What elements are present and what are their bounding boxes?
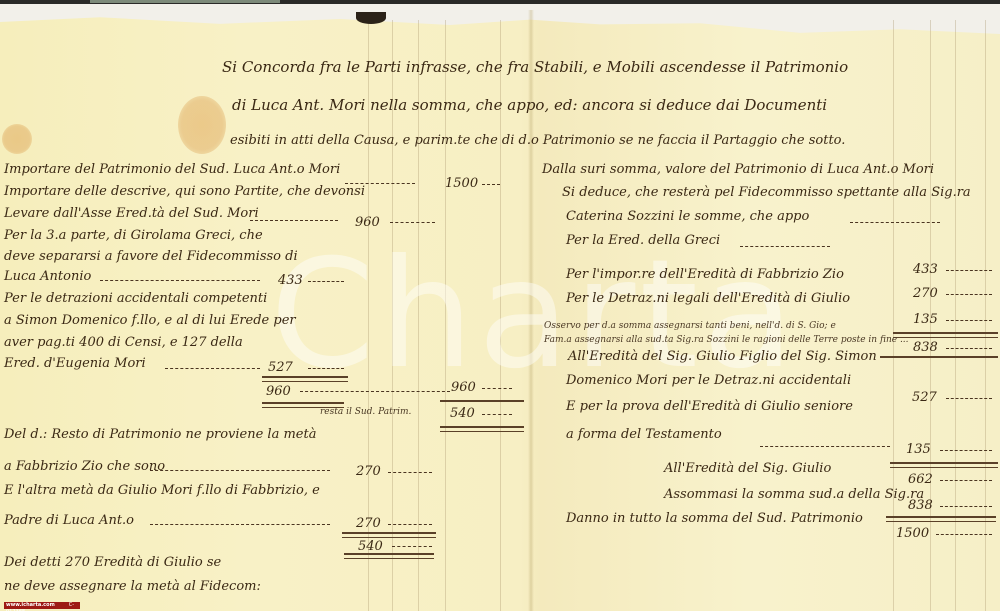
right-summary-amount-1: 662 <box>908 472 933 487</box>
right-entry2-2: Domenico Mori per le Detraz.ni accidenta… <box>566 374 851 387</box>
left-amount-1: 1500 <box>445 176 478 191</box>
left-amount-6: 433 <box>278 273 303 288</box>
right-entry2-amount-2: 527 <box>912 390 937 405</box>
right-summary-amount-2: 838 <box>908 498 933 513</box>
dash-leader <box>850 222 940 223</box>
dash-leader <box>390 222 435 223</box>
dash-leader <box>150 524 330 525</box>
ink-blot <box>356 12 386 24</box>
left-s3-line-1: Dei detti 270 Eredità di Giulio se <box>4 556 221 569</box>
left-s2-line-4: Padre di Luca Ant.o <box>4 514 134 527</box>
ruling-line <box>893 20 894 611</box>
dash-leader <box>946 320 992 321</box>
left-s2-line-2: a Fabbrizio Zio che sono <box>4 460 165 473</box>
right-annotation-1: Osservo per d.a somma assegnarsi tanti b… <box>544 322 836 331</box>
badge-site: www.ichartа.com <box>6 602 55 608</box>
right-intro-1: Dalla suri somma, valore del Patrimonio … <box>542 163 934 176</box>
water-stain <box>178 96 226 154</box>
sum-rule <box>440 426 524 432</box>
left-entry-3: Levare dall'Asse Ered.tà del Sud. Mori <box>4 207 259 220</box>
right-amount-3: 135 <box>913 312 938 327</box>
dash-leader <box>165 368 260 369</box>
remainder-label: resta il Sud. Patrim. <box>320 408 411 417</box>
source-badge: www.ichartа.comC-017388 <box>4 602 80 609</box>
left-s2-amount-2: 270 <box>356 464 381 479</box>
heading-line-1: Si Concorda fra le Parti infrasse, che f… <box>222 60 848 75</box>
right-entry-2: Per l'impor.re dell'Eredità di Fabbrizio… <box>566 268 844 281</box>
left-entry-7: Per le detrazioni accidentali competenti <box>4 292 267 305</box>
left-entry-10: Ered. d'Eugenia Mori <box>4 357 146 370</box>
right-amount-1: 433 <box>913 262 938 277</box>
dash-leader <box>100 280 260 281</box>
right-entry2-4: a forma del Testamento <box>566 428 722 441</box>
dash-leader <box>946 398 992 399</box>
dash-leader <box>308 368 344 369</box>
water-stain <box>2 124 32 154</box>
dash-leader <box>300 391 450 392</box>
left-entry-4: Per la 3.a parte, di Girolama Greci, che <box>4 229 263 242</box>
sum-rule <box>890 462 998 468</box>
dash-leader <box>946 270 992 271</box>
left-amount-3: 960 <box>355 215 380 230</box>
heading-line-2: di Luca Ant. Mori nella somma, che appo,… <box>232 98 827 113</box>
right-entry2-amount-4: 135 <box>906 442 931 457</box>
left-s2-line-3: E l'altra metà da Giulio Mori f.llo di F… <box>4 484 320 497</box>
right-entry-1: Per la Ered. della Greci <box>566 234 720 247</box>
dash-leader <box>392 546 432 547</box>
left-entry-6: Luca Antonio <box>4 270 91 283</box>
left-remainder: 540 <box>450 406 475 421</box>
dash-leader <box>940 506 992 507</box>
left-s3-line-2: ne deve assegnare la metà al Fidecom: <box>4 580 261 593</box>
left-entry-2: Importare delle descrive, qui sono Parti… <box>4 185 365 198</box>
left-subtotal: 960 <box>266 384 291 399</box>
sum-rule <box>880 356 998 358</box>
dash-leader <box>940 480 992 481</box>
dash-leader <box>250 220 338 221</box>
ruling-line <box>955 20 956 611</box>
left-s2-amount-4: 270 <box>356 516 381 531</box>
dash-leader <box>482 184 500 185</box>
left-amount-10: 527 <box>268 360 293 375</box>
right-summary-amount-3: 1500 <box>896 526 929 541</box>
right-summary-3: Danno in tutto la somma del Sud. Patrimo… <box>566 512 863 525</box>
sum-rule <box>344 553 434 559</box>
right-entry2-3: E per la prova dell'Eredità di Giulio se… <box>566 400 853 413</box>
sum-rule <box>342 532 436 538</box>
scan-top-edge-gap <box>90 0 280 3</box>
sum-rule <box>886 516 996 522</box>
left-entry-1: Importare del Patrimonio del Sud. Luca A… <box>4 163 340 176</box>
left-entry-5: deve separarsi a favore del Fidecommisso… <box>4 250 298 263</box>
dash-leader <box>308 281 344 282</box>
dash-leader <box>388 472 432 473</box>
right-amount-2: 270 <box>913 286 938 301</box>
watermark: Charta <box>270 240 798 390</box>
dash-leader <box>482 388 512 389</box>
sum-rule <box>262 376 348 382</box>
sum-rule <box>440 400 524 402</box>
ruling-line <box>985 20 986 611</box>
dash-leader <box>760 446 890 447</box>
left-entry-8: a Simon Domenico f.llo, e al di lui Ered… <box>4 314 296 327</box>
left-entry-9: aver pag.ti 400 di Censi, e 127 della <box>4 336 243 349</box>
left-carry-total: 960 <box>451 380 476 395</box>
right-intro-2: Si deduce, che resterà pel Fidecommisso … <box>562 186 971 199</box>
right-summary-1: All'Eredità del Sig. Giulio <box>664 462 831 475</box>
left-s2-total: 540 <box>358 539 383 554</box>
right-annotation-2: Fam.a assegnarsi alla sud.ta Sig.ra Sozz… <box>544 336 909 345</box>
right-intro-3: Caterina Sozzini le somme, che appo <box>566 210 809 223</box>
dash-leader <box>388 524 432 525</box>
right-subtotal: 838 <box>913 340 938 355</box>
dash-leader <box>150 470 330 471</box>
left-s2-line-1: Del d.: Resto di Patrimonio ne proviene … <box>4 428 316 441</box>
right-entry-3: Per le Detraz.ni legali dell'Eredità di … <box>566 292 850 305</box>
dash-leader <box>946 294 992 295</box>
dash-leader <box>936 534 992 535</box>
dash-leader <box>740 246 830 247</box>
right-entry2-1: All'Eredità del Sig. Giulio Figlio del S… <box>568 350 877 363</box>
dash-leader <box>482 414 512 415</box>
dash-leader <box>946 348 992 349</box>
heading-line-3: esibiti in atti della Causa, e parim.te … <box>230 134 845 147</box>
right-summary-2: Assommasi la somma sud.a della Sig.ra <box>664 488 924 501</box>
dash-leader <box>940 450 992 451</box>
